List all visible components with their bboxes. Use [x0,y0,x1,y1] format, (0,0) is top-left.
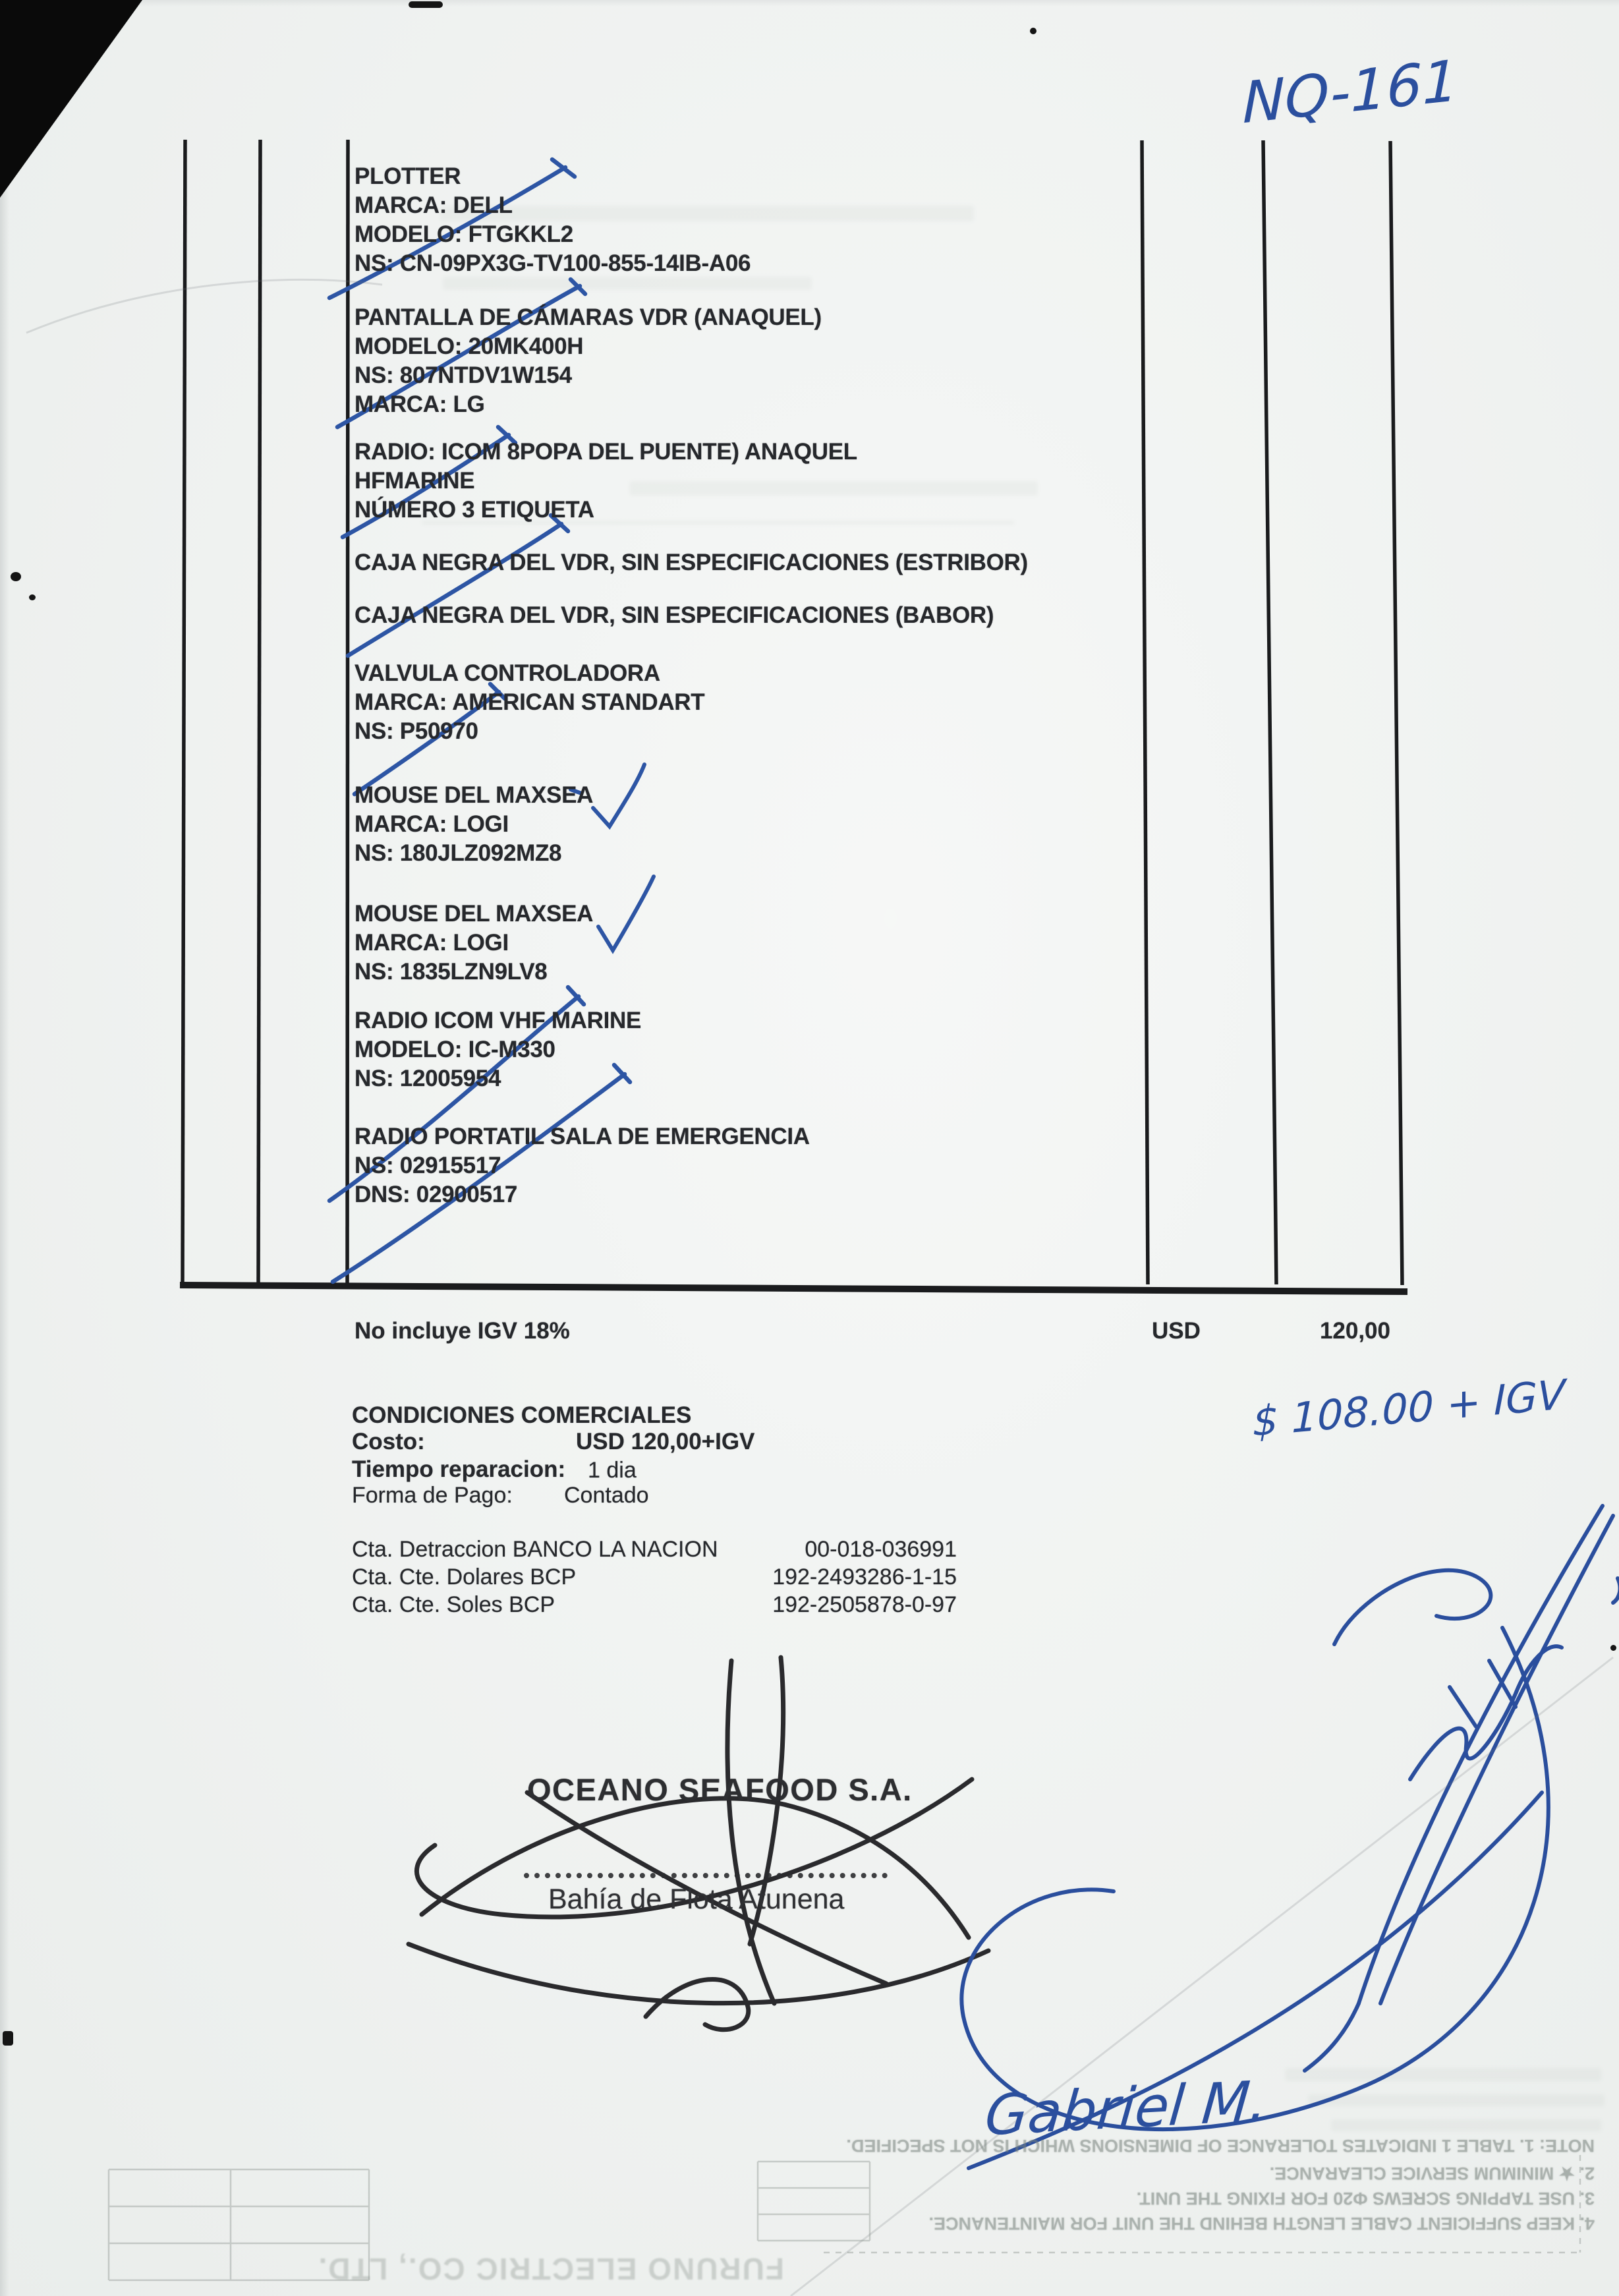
item-line: RADIO ICOM VHF MARINE [355,1006,641,1035]
summary-note: No incluye IGV 18% [355,1318,570,1344]
item-line: NS: 807NTDV1W154 [355,361,822,390]
item-line: RADIO PORTATIL SALA DE EMERGENCIA [355,1122,810,1151]
terms-title: CONDICIONES COMERCIALES [352,1402,691,1429]
item-line: RADIO: ICOM 8POPA DEL PUENTE) ANAQUEL [355,438,857,467]
item-line: DNS: 02900517 [355,1180,810,1209]
currency-label: USD [1152,1318,1201,1344]
equipment-item: CAJA NEGRA DEL VDR, SIN ESPECIFICACIONES… [355,548,1028,577]
signature-blue [961,1506,1619,2168]
item-line: NS: CN-09PX3G-TV100-855-14IB-A06 [355,249,751,278]
account-value: 192-2505878-0-97 [758,1592,957,1618]
item-line: MODELO: IC-M330 [355,1035,641,1064]
item-line: MOUSE DEL MAXSEA [355,900,593,929]
term-label: Forma de Pago: [352,1483,513,1508]
bleedthrough-note: 3. USE TAPPING SCREWS Φ20 FOR FIXING THE… [1186,2188,1595,2208]
item-line: MARCA: LOGI [355,929,593,958]
term-label: Costo: [352,1429,425,1455]
bleedthrough-note: 4. KEEP SUFFICIENT CABLE LENGTH BEHIND T… [850,2213,1595,2233]
account-value: 192-2493286-1-15 [758,1564,957,1590]
item-line: NS: 02915517 [355,1151,810,1180]
item-line: VALVULA CONTROLADORA [355,659,704,688]
stamp-company-name: OCEANO SEAFOOD S.A. [527,1771,913,1808]
item-line: NS: 180JLZ092MZ8 [355,839,593,868]
equipment-item: PLOTTER MARCA: DELL MODELO: FTGKKL2 NS: … [355,162,751,278]
item-line: CAJA NEGRA DEL VDR, SIN ESPECIFICACIONES… [355,548,1028,577]
equipment-item: VALVULA CONTROLADORA MARCA: AMERICAN STA… [355,659,704,746]
account-value: 00-018-036991 [758,1537,957,1563]
account-label: Cta. Detraccion BANCO LA NACION [352,1537,718,1563]
term-value: USD 120,00+IGV [576,1429,754,1455]
signature-black [409,1657,988,2030]
item-line: CAJA NEGRA DEL VDR, SIN ESPECIFICACIONES… [355,601,994,630]
equipment-item: MOUSE DEL MAXSEA MARCA: LOGI NS: 180JLZ0… [355,781,593,868]
equipment-item: MOUSE DEL MAXSEA MARCA: LOGI NS: 1835LZN… [355,900,593,987]
bleedthrough-note: 2. ★ MINIMUM SERVICE CLEARANCE. [1285,2163,1595,2183]
term-value: Contado [564,1483,649,1508]
amount-value: 120,00 [1278,1318,1390,1344]
item-line: MARCA: LG [355,390,822,419]
bleedthrough-note: NOTE: 1. TABLE 1 INDICATES TOLERANCE OF … [936,2135,1595,2156]
item-line: MARCA: LOGI [355,810,593,839]
stamp-division: Bahía de Flota Atunena [548,1883,844,1916]
item-line: MOUSE DEL MAXSEA [355,781,593,810]
equipment-item: RADIO: ICOM 8POPA DEL PUENTE) ANAQUEL HF… [355,438,857,525]
stamp-dotted-line [524,1873,888,1878]
item-line: MARCA: DELL [355,191,751,220]
bleedthrough-brand: FURUNO ELECTRIC CO., LTD. [277,2251,784,2287]
item-line: MARCA: AMERICAN STANDART [355,688,704,717]
item-line: NS: 1835LZN9LV8 [355,958,593,987]
item-line: PLOTTER [355,162,751,191]
item-line: MODELO: FTGKKL2 [355,220,751,249]
scanned-document-page: PLOTTER MARCA: DELL MODELO: FTGKKL2 NS: … [0,0,1619,2296]
term-value: 1 dia [588,1458,637,1483]
item-line: MODELO: 20MK400H [355,332,822,361]
item-line: NS: 12005954 [355,1064,641,1093]
item-line: HFMARINE [355,467,857,496]
equipment-item: PANTALLA DE CÁMARAS VDR (ANAQUEL) MODELO… [355,303,822,419]
equipment-item: CAJA NEGRA DEL VDR, SIN ESPECIFICACIONES… [355,601,994,630]
account-label: Cta. Cte. Soles BCP [352,1592,555,1618]
term-label: Tiempo reparacion: [352,1456,565,1483]
account-label: Cta. Cte. Dolares BCP [352,1564,576,1590]
item-line: NS: P50970 [355,717,704,746]
item-line: PANTALLA DE CÁMARAS VDR (ANAQUEL) [355,303,822,332]
equipment-item: RADIO PORTATIL SALA DE EMERGENCIA NS: 02… [355,1122,810,1209]
item-line: NÚMERO 3 ETIQUETA [355,496,857,525]
equipment-item: RADIO ICOM VHF MARINE MODELO: IC-M330 NS… [355,1006,641,1093]
